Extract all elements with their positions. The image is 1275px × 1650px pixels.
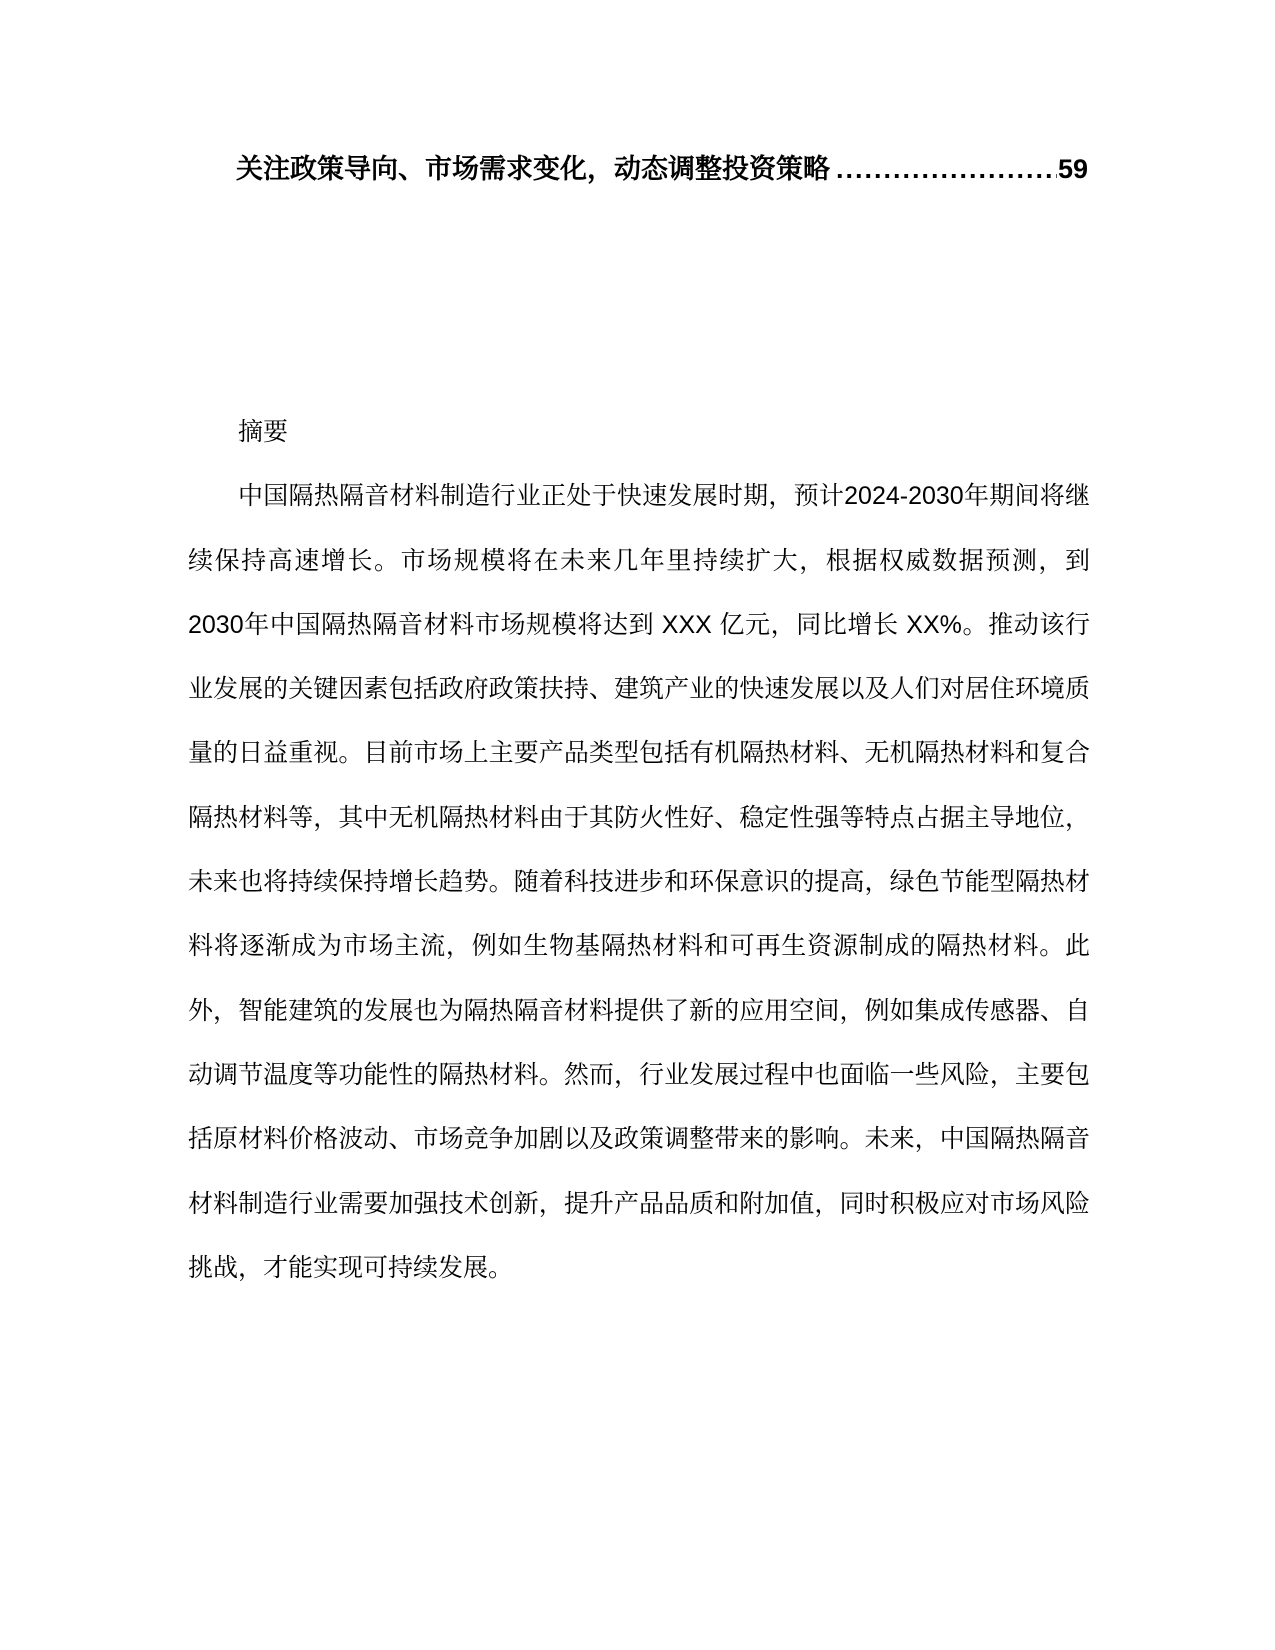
- abstract-paragraph: 中国隔热隔音材料制造行业正处于快速发展时期，预计2024-2030年期间将继续保…: [188, 464, 1090, 1300]
- abstract-section: 摘要 中国隔热隔音材料制造行业正处于快速发展时期，预计2024-2030年期间将…: [188, 400, 1090, 1300]
- toc-entry-title: 关注政策导向、市场需求变化，动态调整投资策略: [236, 149, 830, 189]
- toc-leader-dots: ........................................…: [836, 149, 1057, 189]
- toc-entry-page-number: 59: [1058, 149, 1088, 189]
- document-page: 关注政策导向、市场需求变化，动态调整投资策略 .................…: [0, 0, 1275, 1650]
- abstract-heading: 摘要: [188, 400, 1090, 464]
- toc-entry[interactable]: 关注政策导向、市场需求变化，动态调整投资策略 .................…: [236, 149, 1088, 189]
